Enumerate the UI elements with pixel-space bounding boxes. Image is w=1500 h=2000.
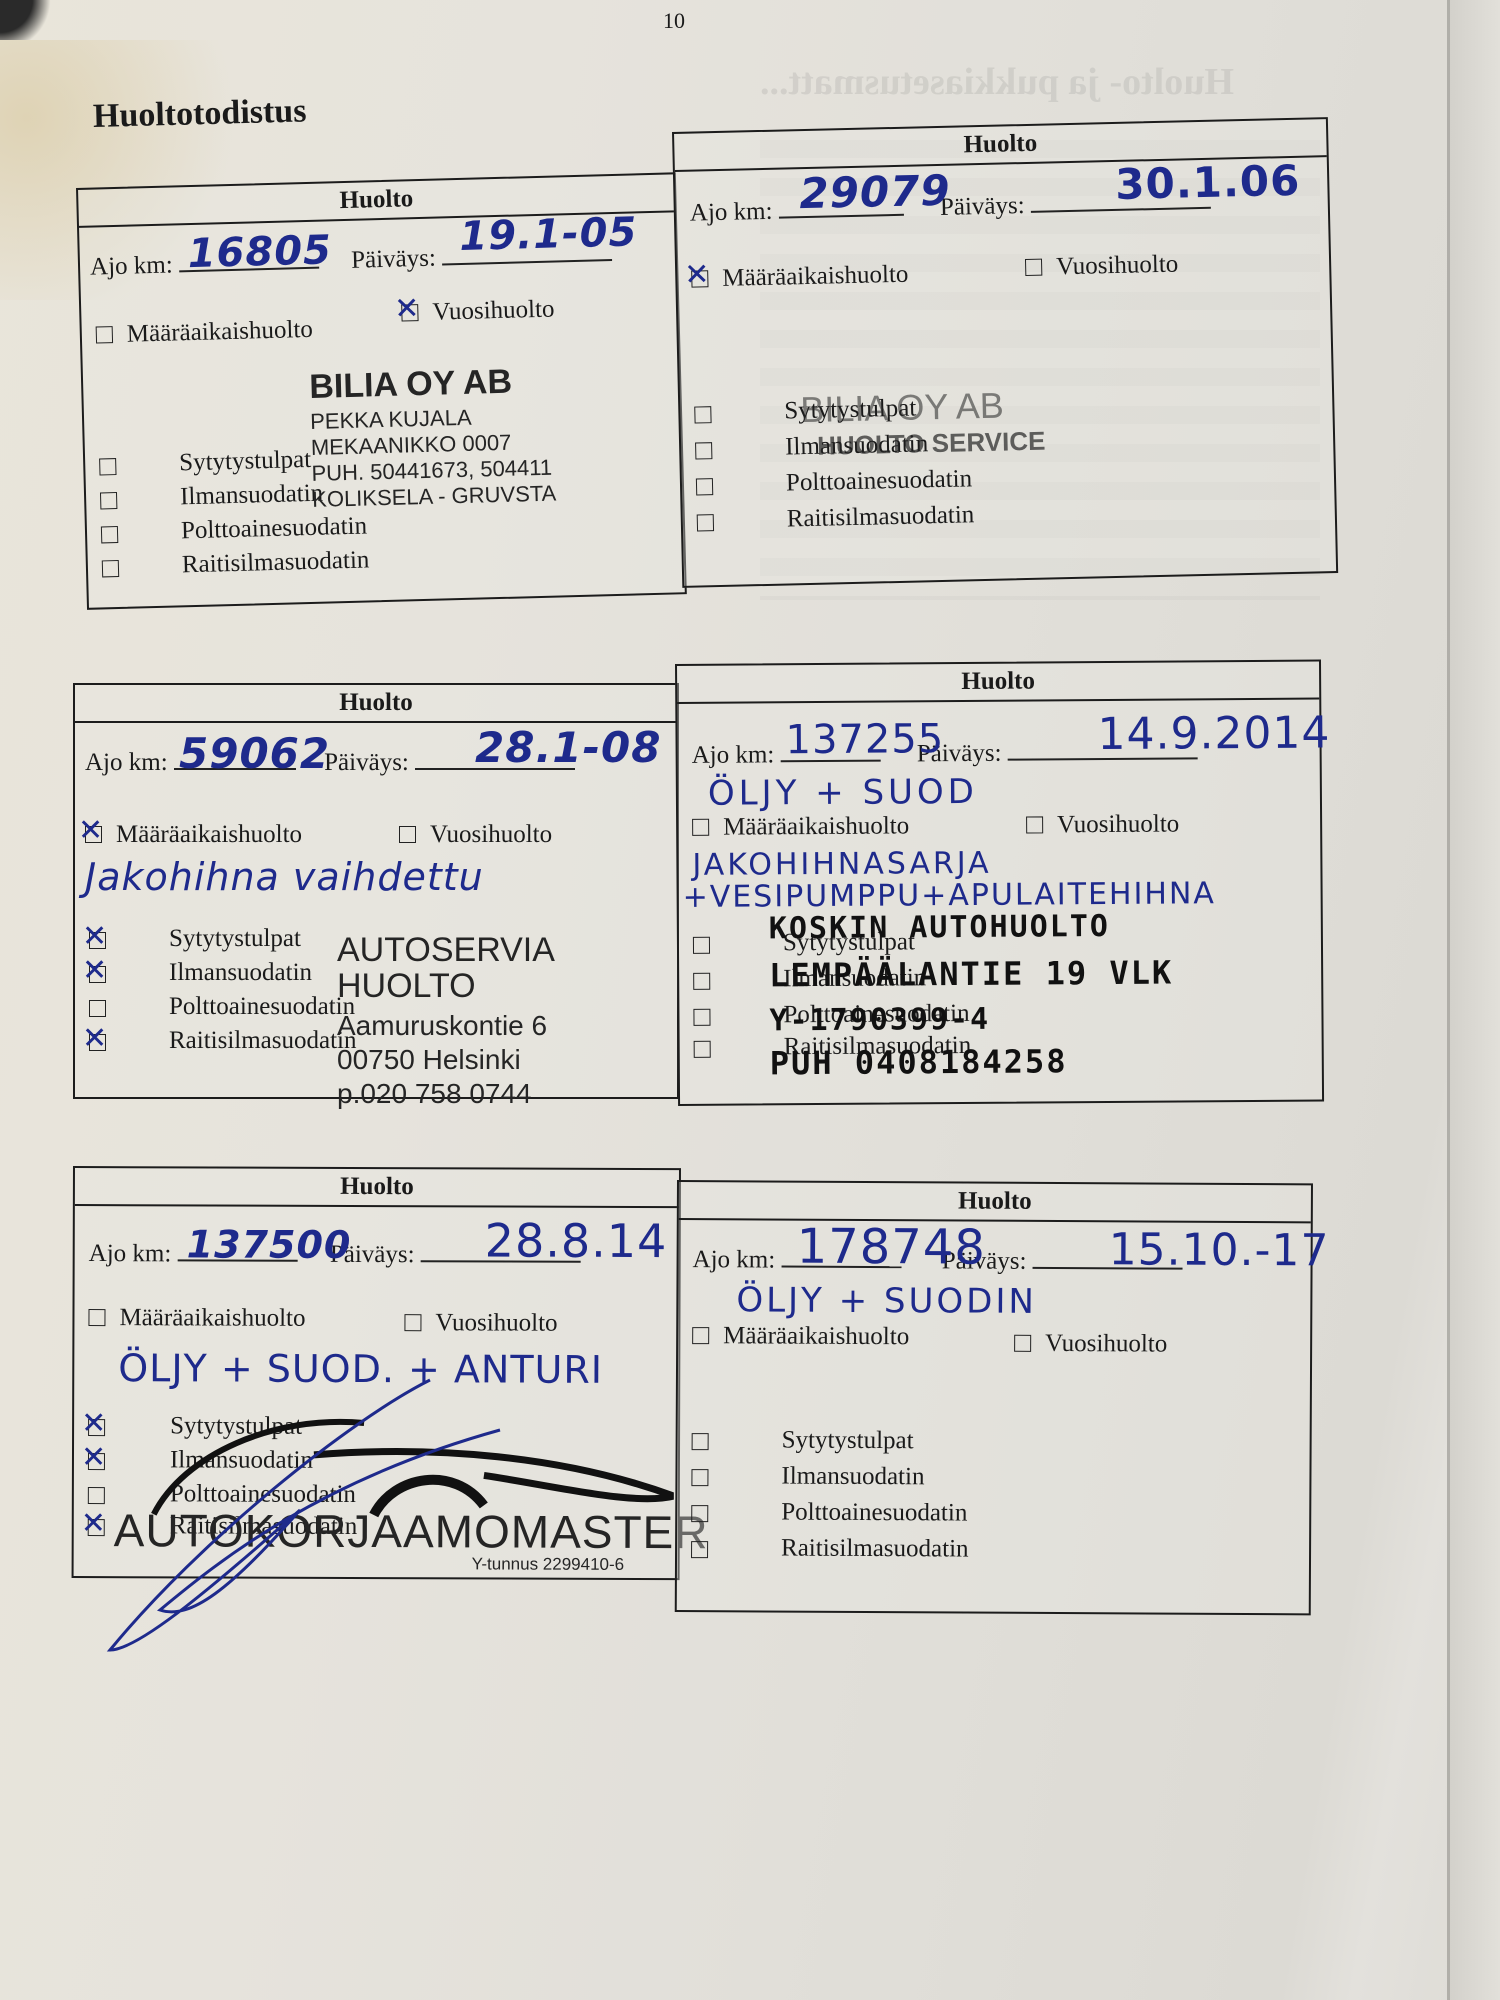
stamp-line: AUTOSERVIA: [337, 933, 555, 969]
date-value: 19.1-05: [459, 209, 638, 260]
page-number: 10: [663, 8, 685, 34]
item-checkbox[interactable]: [89, 966, 106, 983]
page-title: Huoltotodistus: [93, 92, 307, 136]
km-value: 16805: [187, 227, 332, 277]
annual-checkbox[interactable]: [1025, 259, 1042, 276]
item-label: Ilmansuodatin: [169, 959, 312, 987]
periodic-checkbox[interactable]: [85, 826, 102, 843]
card-header: Huolto: [75, 1168, 679, 1208]
km-label: Ajo km:: [85, 749, 168, 776]
item-checkbox[interactable]: [89, 1034, 106, 1051]
periodic-label: Määräaikaishuolto: [723, 1322, 909, 1350]
item-checkbox[interactable]: [692, 1433, 709, 1450]
item-label: Ilmansuodatin: [781, 1463, 924, 1492]
item-checkbox[interactable]: [691, 1469, 708, 1486]
handwritten-note: ÖLJY + SUOD: [708, 772, 978, 814]
km-value: 59062: [179, 729, 330, 778]
stamp-line: BILIA OY AB: [309, 365, 513, 406]
stamp-line: HUOLTO: [337, 969, 476, 1005]
item-checkbox[interactable]: [694, 1041, 711, 1058]
stamp-line: HUOLTO SERVICE: [817, 428, 1046, 460]
item-label: Sytytystulpat: [179, 446, 312, 477]
item-label: Polttoainesuodatin: [781, 1499, 967, 1528]
km-label: Ajo km:: [690, 198, 773, 227]
periodic-checkbox[interactable]: [692, 1327, 709, 1344]
annual-label: Vuosihuolto: [1045, 1330, 1167, 1358]
date-value: 14.9.2014: [1097, 707, 1330, 760]
annual-label: Vuosihuolto: [1056, 251, 1179, 281]
km-label: Ajo km:: [692, 741, 775, 769]
km-value: 137500: [187, 1222, 352, 1267]
card-header: Huolto: [679, 1182, 1311, 1223]
annual-checkbox[interactable]: [401, 304, 418, 321]
km-value: 137255: [785, 716, 944, 763]
item-label: Sytytystulpat: [782, 1427, 914, 1456]
km-label: Ajo km:: [90, 251, 173, 280]
service-card-2: Huolto Ajo km: Päiväys: 29079 30.1.06 Mä…: [672, 117, 1338, 588]
date-value: 30.1.06: [1115, 156, 1301, 209]
item-checkbox[interactable]: [100, 492, 117, 509]
date-value: 15.10.-17: [1109, 1224, 1330, 1276]
periodic-label: Määräaikaishuolto: [723, 812, 909, 840]
annual-label: Vuosihuolto: [432, 296, 555, 326]
periodic-checkbox[interactable]: [88, 1309, 105, 1326]
date-label: Päiväys:: [351, 245, 436, 274]
annual-label: Vuosihuolto: [430, 821, 552, 848]
bleed-through-heading: Huolto- ja pukkiasetusmatt...: [760, 60, 1234, 104]
annual-label: Vuosihuolto: [435, 1309, 557, 1336]
service-card-4: Huolto Ajo km: Päiväys: 137255 14.9.2014…: [675, 659, 1324, 1105]
annual-checkbox[interactable]: [404, 1314, 421, 1331]
annual-checkbox[interactable]: [1014, 1335, 1031, 1352]
periodic-checkbox[interactable]: [96, 326, 113, 343]
item-checkbox[interactable]: [694, 406, 711, 423]
stamp-line: 00750 Helsinki: [337, 1045, 521, 1074]
item-checkbox[interactable]: [693, 937, 710, 954]
item-checkbox[interactable]: [89, 932, 106, 949]
item-label: Raitisilmasuodatin: [182, 546, 370, 579]
item-checkbox[interactable]: [691, 1541, 708, 1558]
handwritten-note: Jakohihna vaihdettu: [85, 855, 484, 899]
periodic-checkbox[interactable]: [691, 270, 708, 287]
stamp-line: MEKAANIKKO 0007: [311, 431, 512, 459]
card-header: Huolto: [75, 685, 677, 723]
item-label: Sytytystulpat: [169, 925, 301, 953]
item-checkbox[interactable]: [89, 1000, 106, 1017]
background-shadow: [0, 0, 60, 40]
item-label: Raitisilmasuodatin: [169, 1027, 357, 1055]
date-value: 28.1-08: [475, 723, 662, 772]
km-label: Ajo km:: [693, 1246, 776, 1273]
annual-checkbox[interactable]: [1026, 816, 1043, 833]
item-label: Polttoainesuodatin: [786, 465, 973, 497]
item-checkbox[interactable]: [101, 526, 118, 543]
item-checkbox[interactable]: [691, 1505, 708, 1522]
item-checkbox[interactable]: [693, 1009, 710, 1026]
item-label: Raitisilmasuodatin: [787, 501, 975, 533]
item-label: Raitisilmasuodatin: [781, 1535, 969, 1564]
stamp-line: PEKKA KUJALA: [310, 406, 472, 433]
stamp-line: KOLIKSELA - GRUVSTA: [312, 482, 557, 511]
service-card-6: Huolto Ajo km: Päiväys: 178748 15.10.-17…: [675, 1180, 1313, 1615]
date-label: Päiväys:: [940, 192, 1025, 221]
annual-label: Vuosihuolto: [1057, 810, 1179, 838]
km-value: 178748: [797, 1219, 987, 1276]
item-label: Polttoainesuodatin: [169, 993, 355, 1021]
date-label: Päiväys:: [324, 749, 409, 776]
card-header: Huolto: [677, 662, 1319, 704]
item-label: Polttoainesuodatin: [181, 513, 368, 546]
date-value: 28.8.14: [485, 1213, 668, 1268]
periodic-label: Määräaikaishuolto: [116, 821, 302, 848]
stamp-line: p.020 758 0744: [337, 1079, 532, 1108]
service-card-1: Huolto Ajo km: Päiväys: 16805 19.1-05 Mä…: [76, 172, 687, 610]
item-checkbox[interactable]: [695, 442, 712, 459]
item-checkbox[interactable]: [697, 514, 714, 531]
item-checkbox[interactable]: [99, 458, 116, 475]
item-label: Ilmansuodatin: [180, 480, 324, 512]
stamp-line: PUH 0408184258: [770, 1045, 1068, 1081]
handwritten-note: ÖLJY + SUODIN: [736, 1280, 1037, 1322]
stamp-line: Aamuruskontie 6: [337, 1011, 547, 1040]
service-card-3: Huolto Ajo km: Päiväys: 59062 28.1-08 Mä…: [73, 683, 679, 1099]
signature: [100, 1360, 520, 1660]
stamp-line: LEMPÄÄLANTIE 19 VLK: [769, 957, 1173, 993]
stamp-line: BILIA OY AB: [800, 387, 1004, 429]
page-gutter: [1450, 0, 1500, 2000]
periodic-checkbox[interactable]: [692, 819, 709, 836]
periodic-label: Määräaikaishuolto: [722, 261, 909, 292]
item-checkbox[interactable]: [696, 478, 713, 495]
annual-checkbox[interactable]: [399, 826, 416, 843]
stamp-line: Y-1790399-4: [769, 1004, 990, 1037]
page-fold: [1447, 0, 1450, 2000]
km-label: Ajo km:: [89, 1240, 172, 1267]
item-checkbox[interactable]: [102, 560, 119, 577]
km-value: 29079: [799, 166, 951, 218]
periodic-label: Määräaikaishuolto: [126, 316, 313, 348]
stamp-line: KOSKIN AUTOHUOLTO: [769, 911, 1110, 945]
periodic-label: Määräaikaishuolto: [119, 1304, 305, 1332]
item-checkbox[interactable]: [693, 973, 710, 990]
